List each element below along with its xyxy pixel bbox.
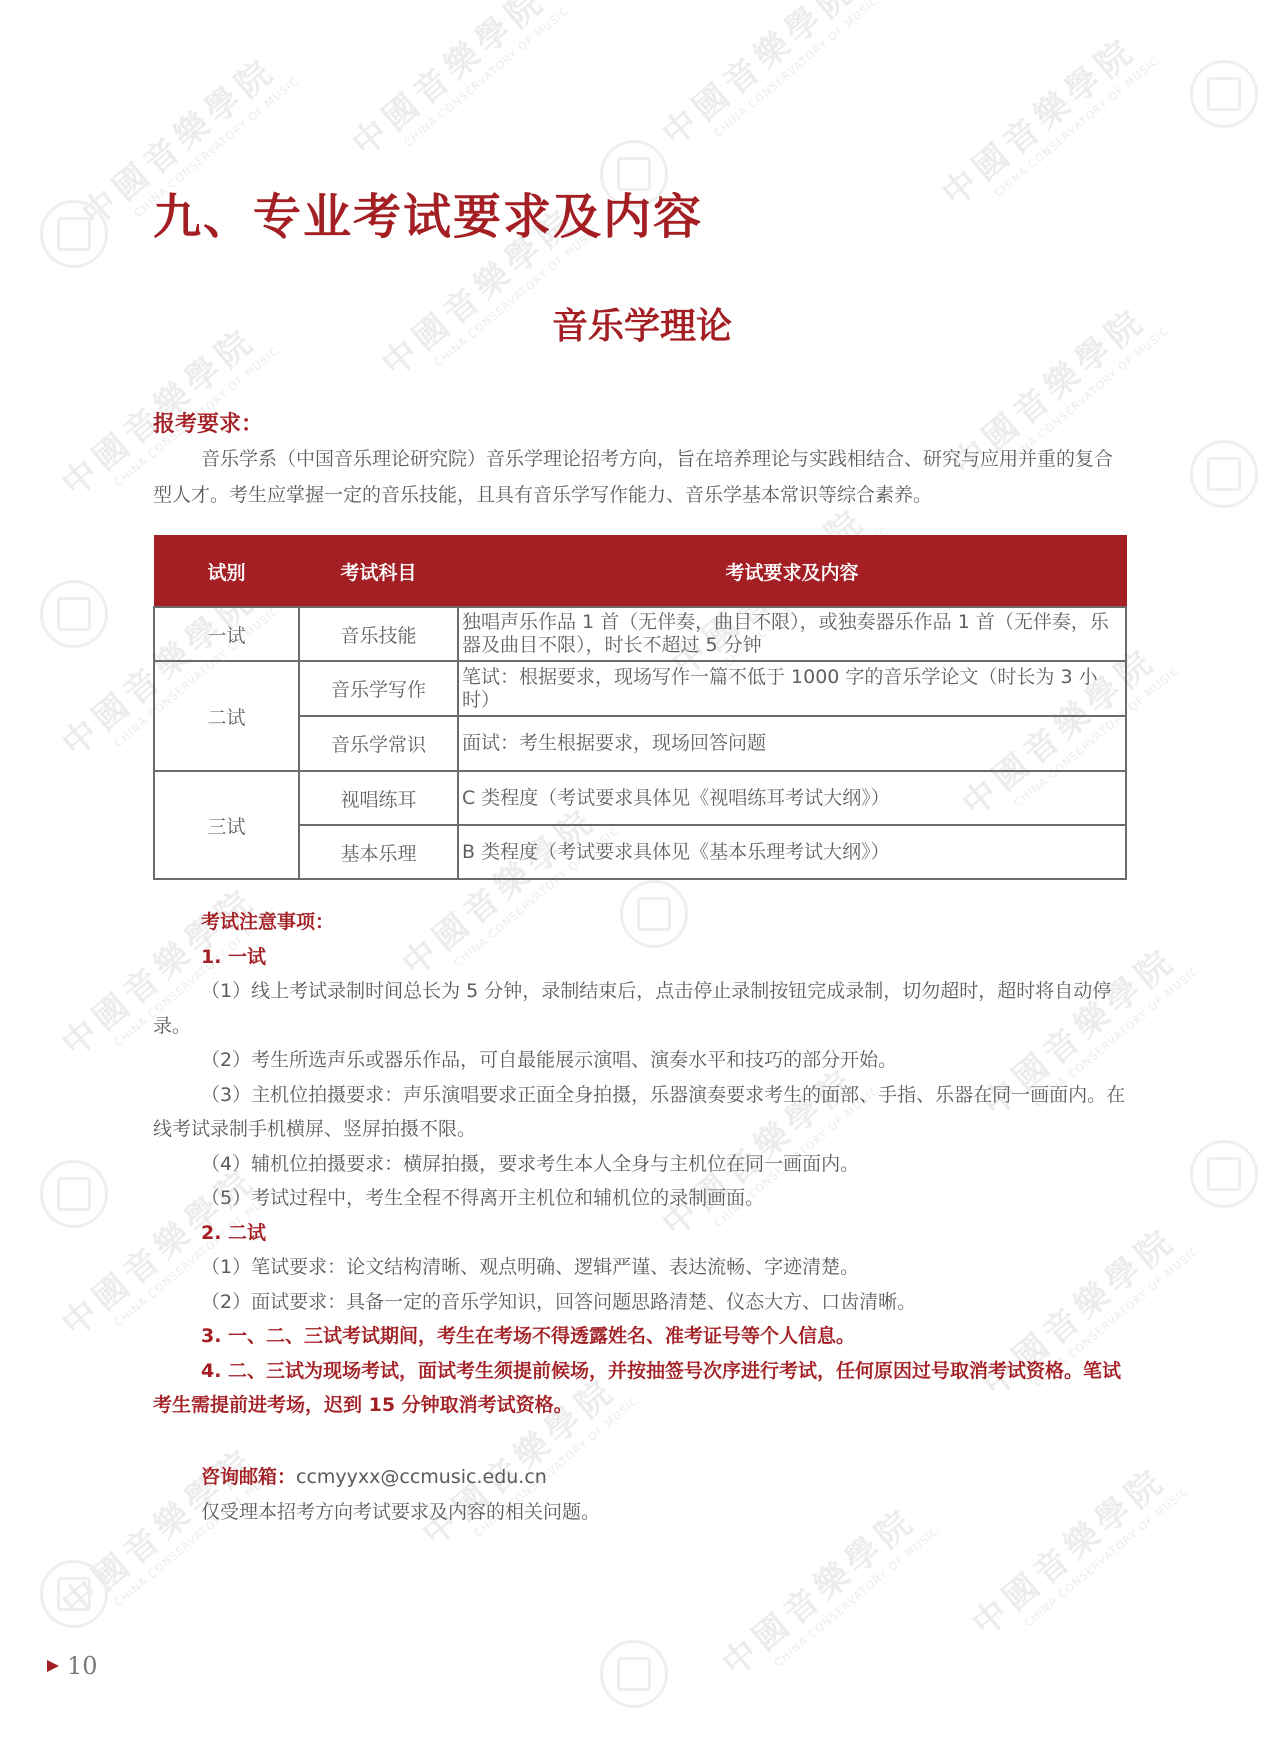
triangle-marker-icon <box>47 1660 59 1672</box>
content-cell: B 类程度（考试要求具体见《基本乐理考试大纲》） <box>458 825 1126 879</box>
contact-line: 咨询邮箱：ccmyyxx@ccmusic.edu.cn <box>153 1460 600 1495</box>
exam-notes: 考试注意事项： 1. 一试 （1）线上考试录制时间总长为 5 分钟，录制结束后，… <box>153 905 1128 1423</box>
subject-cell: 音乐技能 <box>299 607 458 661</box>
content-cell: 独唱声乐作品 1 首（无伴奏，曲目不限），或独奏器乐作品 1 首（无伴奏，乐器及… <box>458 607 1126 661</box>
watermark-seal-icon <box>40 200 108 268</box>
notes-section-1-title: 1. 一试 <box>153 940 1128 975</box>
column-header-content: 考试要求及内容 <box>458 536 1126 608</box>
note-item: （1）线上考试录制时间总长为 5 分钟，录制结束后，点击停止录制按钮完成录制，切… <box>153 974 1128 1043</box>
watermark-seal-icon <box>600 1640 668 1708</box>
subject-cell: 视唱练耳 <box>299 771 458 825</box>
exam-table: 试别 考试科目 考试要求及内容 一试 音乐技能 独唱声乐作品 1 首（无伴奏，曲… <box>153 535 1127 880</box>
requirements-heading: 报考要求： <box>153 407 263 438</box>
subject-cell: 音乐学常识 <box>299 716 458 771</box>
note-item: （5）考试过程中，考生全程不得离开主机位和辅机位的录制画面。 <box>153 1181 1128 1216</box>
page-number-text: 10 <box>67 1652 98 1680</box>
note-item: （1）笔试要求：论文结构清晰、观点明确、逻辑严谨、表达流畅、字迹清楚。 <box>153 1250 1128 1285</box>
note-item-4: 4. 二、三试为现场考试，面试考生须提前候场，并按抽签号次序进行考试，任何原因过… <box>153 1354 1128 1423</box>
subject-cell: 基本乐理 <box>299 825 458 879</box>
watermark-seal-icon <box>40 1160 108 1228</box>
content-cell: 面试：考生根据要求，现场回答问题 <box>458 716 1126 771</box>
notes-heading: 考试注意事项： <box>153 905 1128 940</box>
watermark-seal-icon <box>40 580 108 648</box>
table-row: 基本乐理 B 类程度（考试要求具体见《基本乐理考试大纲》） <box>154 825 1126 879</box>
table-row: 音乐学常识 面试：考生根据要求，现场回答问题 <box>154 716 1126 771</box>
page-title: 九、专业考试要求及内容 <box>153 178 703 247</box>
watermark-seal-icon <box>40 1560 108 1628</box>
round-cell: 一试 <box>154 607 299 661</box>
note-item: （2）考生所选声乐或器乐作品，可自最能展示演唱、演奏水平和技巧的部分开始。 <box>153 1043 1128 1078</box>
watermark-seal-icon <box>1190 1140 1258 1208</box>
contact-email-link[interactable]: ccmyyxx@ccmusic.edu.cn <box>296 1466 547 1488</box>
table-row: 三试 视唱练耳 C 类程度（考试要求具体见《视唱练耳考试大纲》） <box>154 771 1126 825</box>
watermark-seal-icon <box>1190 440 1258 508</box>
watermark-logo: 中國音樂學院CHINA CONSERVATORY OF MUSIC <box>959 1447 1191 1656</box>
section-subtitle: 音乐学理论 <box>0 298 1280 349</box>
subject-cell: 音乐学写作 <box>299 661 458 716</box>
content-cell: 笔试：根据要求，现场写作一篇不低于 1000 字的音乐学论文（时长为 3 小时） <box>458 661 1126 716</box>
table-header-row: 试别 考试科目 考试要求及内容 <box>154 536 1126 608</box>
notes-section-2-title: 2. 二试 <box>153 1216 1128 1251</box>
contact-label: 咨询邮箱： <box>201 1466 296 1488</box>
column-header-subject: 考试科目 <box>299 536 458 608</box>
watermark-logo: 中國音樂學院CHINA CONSERVATORY OF MUSIC <box>709 1487 941 1696</box>
watermark-logo: 中國音樂學院CHINA CONSERVATORY OF MUSIC <box>649 0 881 165</box>
round-cell: 二试 <box>154 661 299 771</box>
note-item: （3）主机位拍摄要求：声乐演唱要求正面全身拍摄，乐器演奏要求考生的面部、手指、乐… <box>153 1078 1128 1147</box>
table-row: 一试 音乐技能 独唱声乐作品 1 首（无伴奏，曲目不限），或独奏器乐作品 1 首… <box>154 607 1126 661</box>
page-number: 10 <box>47 1652 98 1680</box>
note-item: （4）辅机位拍摄要求：横屏拍摄，要求考生本人全身与主机位在同一画面内。 <box>153 1147 1128 1182</box>
watermark-logo: 中國音樂學院CHINA CONSERVATORY OF MUSIC <box>339 0 571 175</box>
note-item-3: 3. 一、二、三试考试期间，考生在考场不得透露姓名、准考证号等个人信息。 <box>153 1319 1128 1354</box>
column-header-round: 试别 <box>154 536 299 608</box>
watermark-logo: 中國音樂學院CHINA CONSERVATORY OF MUSIC <box>49 1427 281 1636</box>
contact-note: 仅受理本招考方向考试要求及内容的相关问题。 <box>153 1495 600 1530</box>
contact-block: 咨询邮箱：ccmyyxx@ccmusic.edu.cn 仅受理本招考方向考试要求… <box>153 1460 600 1530</box>
table-row: 二试 音乐学写作 笔试：根据要求，现场写作一篇不低于 1000 字的音乐学论文（… <box>154 661 1126 716</box>
note-item: （2）面试要求：具备一定的音乐学知识，回答问题思路清楚、仪态大方、口齿清晰。 <box>153 1285 1128 1320</box>
watermark-logo: 中國音樂學院CHINA CONSERVATORY OF MUSIC <box>929 17 1161 226</box>
requirements-text: 音乐学系（中国音乐理论研究院）音乐学理论招考方向，旨在培养理论与实践相结合、研究… <box>153 441 1128 513</box>
round-cell: 三试 <box>154 771 299 879</box>
content-cell: C 类程度（考试要求具体见《视唱练耳考试大纲》） <box>458 771 1126 825</box>
watermark-seal-icon <box>1190 60 1258 128</box>
